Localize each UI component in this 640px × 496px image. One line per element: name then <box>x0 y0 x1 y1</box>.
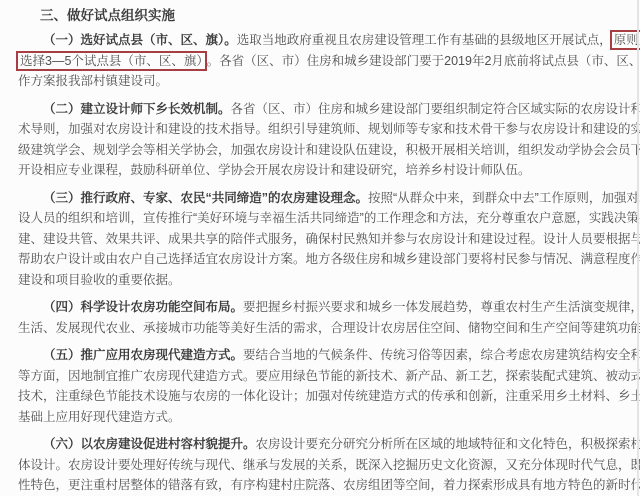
text-line: 建、建设共管、效果共评、成果共享的陪伴式服务，确保村民熟知并参与农房设计和建设过… <box>18 229 628 250</box>
paragraph-text: 建设和项目验收的重要依据。 <box>18 273 181 287</box>
document-body: （一）选好试点县（市、区、旗）。选取当地政府重视且农房建设管理工作有基础的县级地… <box>18 30 628 496</box>
text-line: 建设和项目验收的重要依据。 <box>18 270 628 291</box>
paragraph-text: 按照“从群众中来，到群众中去”工作原则，加强对农房设计和建 <box>368 191 640 205</box>
document-page: 三、做好试点组织实施 （一）选好试点县（市、区、旗）。选取当地政府重视且农房建设… <box>0 0 640 496</box>
red-highlight-box: 原则上每省（区、市） <box>610 30 640 50</box>
paragraph-lead-text: （四）科学设计农房功能空间布局。 <box>43 300 243 314</box>
paragraph-text: 技术，注重绿色节能技术设施与农房的一体化设计；加强对传统建造方式的传承和创新，注… <box>18 389 640 403</box>
paragraph-text: 各省（区、市）住房和城乡建设部门要组织制定符合区域实际的农房设计和建设标准规范、… <box>231 102 640 116</box>
page-right-edge-divider <box>637 0 639 496</box>
paragraph-text: 农房设计要充分研究分析所在区域的地域特征和文化特色，积极探索村庄整体风貌下的单 <box>256 437 640 451</box>
paragraph-lead-text: （六）以农房建设促进村容村貌提升。 <box>43 437 256 451</box>
text-line: 设人员的组织和培训，宣传推行“美好环境与幸福生活共同缔造”的工作理念和方法，充分… <box>18 208 628 229</box>
paragraph-lead-text: （一）选好试点县（市、区、旗）。 <box>43 33 237 47</box>
text-line: 性特色，更注重村居整体的错落有致，有序构建村庄院落、农房组团等空间，着力探索形成… <box>18 475 628 496</box>
document-content: 三、做好试点组织实施 （一）选好试点县（市、区、旗）。选取当地政府重视且农房建设… <box>0 0 640 496</box>
paragraph-1: （一）选好试点县（市、区、旗）。选取当地政府重视且农房建设管理工作有基础的县级地… <box>18 30 628 92</box>
paragraph-text: 术导则，加强对农房设计和建设的技术指导。组织引导建筑师、规划师等专家和技术骨干参… <box>18 122 640 136</box>
paragraph-lead-text: （二）建立设计师下乡长效机制。 <box>43 102 231 116</box>
paragraph-text: 选取当地政府重视且农房建设管理工作有基础的县级地区开展试点， <box>237 33 612 47</box>
text-line: 生活、发展现代农业、承接城市功能等美好生活的需求，合理设计农房居住空间、储物空间… <box>18 318 628 339</box>
text-line: （一）选好试点县（市、区、旗）。选取当地政府重视且农房建设管理工作有基础的县级地… <box>18 30 628 51</box>
paragraph-text: 体设计。农房设计要处理好传统与现代、继承与发展的关系，既深入挖掘历史文化资源，又… <box>18 458 640 472</box>
paragraph-2: （二）建立设计师下乡长效机制。各省（区、市）住房和城乡建设部门要组织制定符合区域… <box>18 99 628 181</box>
paragraph-text: 设人员的组织和培训，宣传推行“美好环境与幸福生活共同缔造”的工作理念和方法，充分… <box>18 211 640 225</box>
text-line: （三）推行政府、专家、农民“共同缔造”的农房建设理念。按照“从群众中来，到群众中… <box>18 188 628 209</box>
paragraph-text: 开设相应专业课程，鼓励科研单位、学协会开展农房设计和建设研究，培养乡村设计师队伍… <box>18 163 531 177</box>
text-line: （四）科学设计农房功能空间布局。要把握乡村振兴要求和城乡一体发展趋势，尊重农村生… <box>18 297 628 318</box>
paragraph-6: （六）以农房建设促进村容村貌提升。农房设计要充分研究分析所在区域的地域特征和文化… <box>18 434 628 496</box>
text-line: 基础上应用好现代建造方式。 <box>18 407 628 428</box>
text-line: 作方案报我部村镇建设司。 <box>18 71 628 92</box>
text-line: （二）建立设计师下乡长效机制。各省（区、市）住房和城乡建设部门要组织制定符合区域… <box>18 99 628 120</box>
text-line: 体设计。农房设计要处理好传统与现代、继承与发展的关系，既深入挖掘历史文化资源，又… <box>18 455 628 476</box>
text-line: 帮助农户设计或由农户自己选择适宜农房设计方案。地方各级住房和城乡建设部门要将村民… <box>18 249 628 270</box>
text-line: 开设相应专业课程，鼓励科研单位、学协会开展农房设计和建设研究，培养乡村设计师队伍… <box>18 160 628 181</box>
paragraph-text: 帮助农户设计或由农户自己选择适宜农房设计方案。地方各级住房和城乡建设部门要将村民… <box>18 252 640 266</box>
paragraph-text: 。各省（区、市）住房和城乡建设部门要于2019年2月底前将试点县（市、区、旗）名… <box>207 54 640 68</box>
paragraph-text: 建、建设共管、效果共评、成果共享的陪伴式服务，确保村民熟知并参与农房设计和建设过… <box>18 232 640 246</box>
paragraph-text: 生活、发展现代农业、承接城市功能等美好生活的需求，合理设计农房居住空间、储物空间… <box>18 321 640 335</box>
paragraph-text: 性特色，更注重村居整体的错落有致，有序构建村庄院落、农房组团等空间，着力探索形成… <box>18 478 640 492</box>
red-highlight-box: 选择3—5个试点县（市、区、旗） <box>16 51 207 71</box>
paragraph-text: 作方案报我部村镇建设司。 <box>18 74 168 88</box>
paragraph-lead-text: （五）推广应用农房现代建造方式。 <box>43 348 243 362</box>
text-line: （六）以农房建设促进村容村貌提升。农房设计要充分研究分析所在区域的地域特征和文化… <box>18 434 628 455</box>
paragraph-text: 要把握乡村振兴要求和城乡一体发展趋势，尊重农村生产生活演变规律，适应农民追求品质 <box>243 300 640 314</box>
paragraph-text: 等方面，因地制宜推广农房现代建造方式。要应用绿色节能的新技术、新产品、新工艺，探… <box>18 369 640 383</box>
paragraph-5: （五）推广应用农房现代建造方式。要结合当地的气候条件、传统习俗等因素，综合考虑农… <box>18 345 628 427</box>
text-line: 术导则，加强对农房设计和建设的技术指导。组织引导建筑师、规划师等专家和技术骨干参… <box>18 119 628 140</box>
text-line: 选择3—5个试点县（市、区、旗）。各省（区、市）住房和城乡建设部门要于2019年… <box>18 51 628 72</box>
paragraph-lead-text: （三）推行政府、专家、农民“共同缔造”的农房建设理念。 <box>43 191 368 205</box>
section-heading: 三、做好试点组织实施 <box>18 6 628 26</box>
paragraph-text: 基础上应用好现代建造方式。 <box>18 410 181 424</box>
paragraph-4: （四）科学设计农房功能空间布局。要把握乡村振兴要求和城乡一体发展趋势，尊重农村生… <box>18 297 628 338</box>
text-line: 级建筑学会、规划学会等相关学协会，加强农房设计和建设队伍建设，积极开展相关培训，… <box>18 140 628 161</box>
text-line: 技术，注重绿色节能技术设施与农房的一体化设计；加强对传统建造方式的传承和创新，注… <box>18 386 628 407</box>
paragraph-text: 级建筑学会、规划学会等相关学协会，加强农房设计和建设队伍建设，积极开展相关培训，… <box>18 143 640 157</box>
text-line: （五）推广应用农房现代建造方式。要结合当地的气候条件、传统习俗等因素，综合考虑农… <box>18 345 628 366</box>
paragraph-text: 要结合当地的气候条件、传统习俗等因素，综合考虑农房建筑结构安全和农户经济承受能力 <box>243 348 640 362</box>
paragraph-3: （三）推行政府、专家、农民“共同缔造”的农房建设理念。按照“从群众中来，到群众中… <box>18 188 628 291</box>
text-line: 等方面，因地制宜推广农房现代建造方式。要应用绿色节能的新技术、新产品、新工艺，探… <box>18 366 628 387</box>
